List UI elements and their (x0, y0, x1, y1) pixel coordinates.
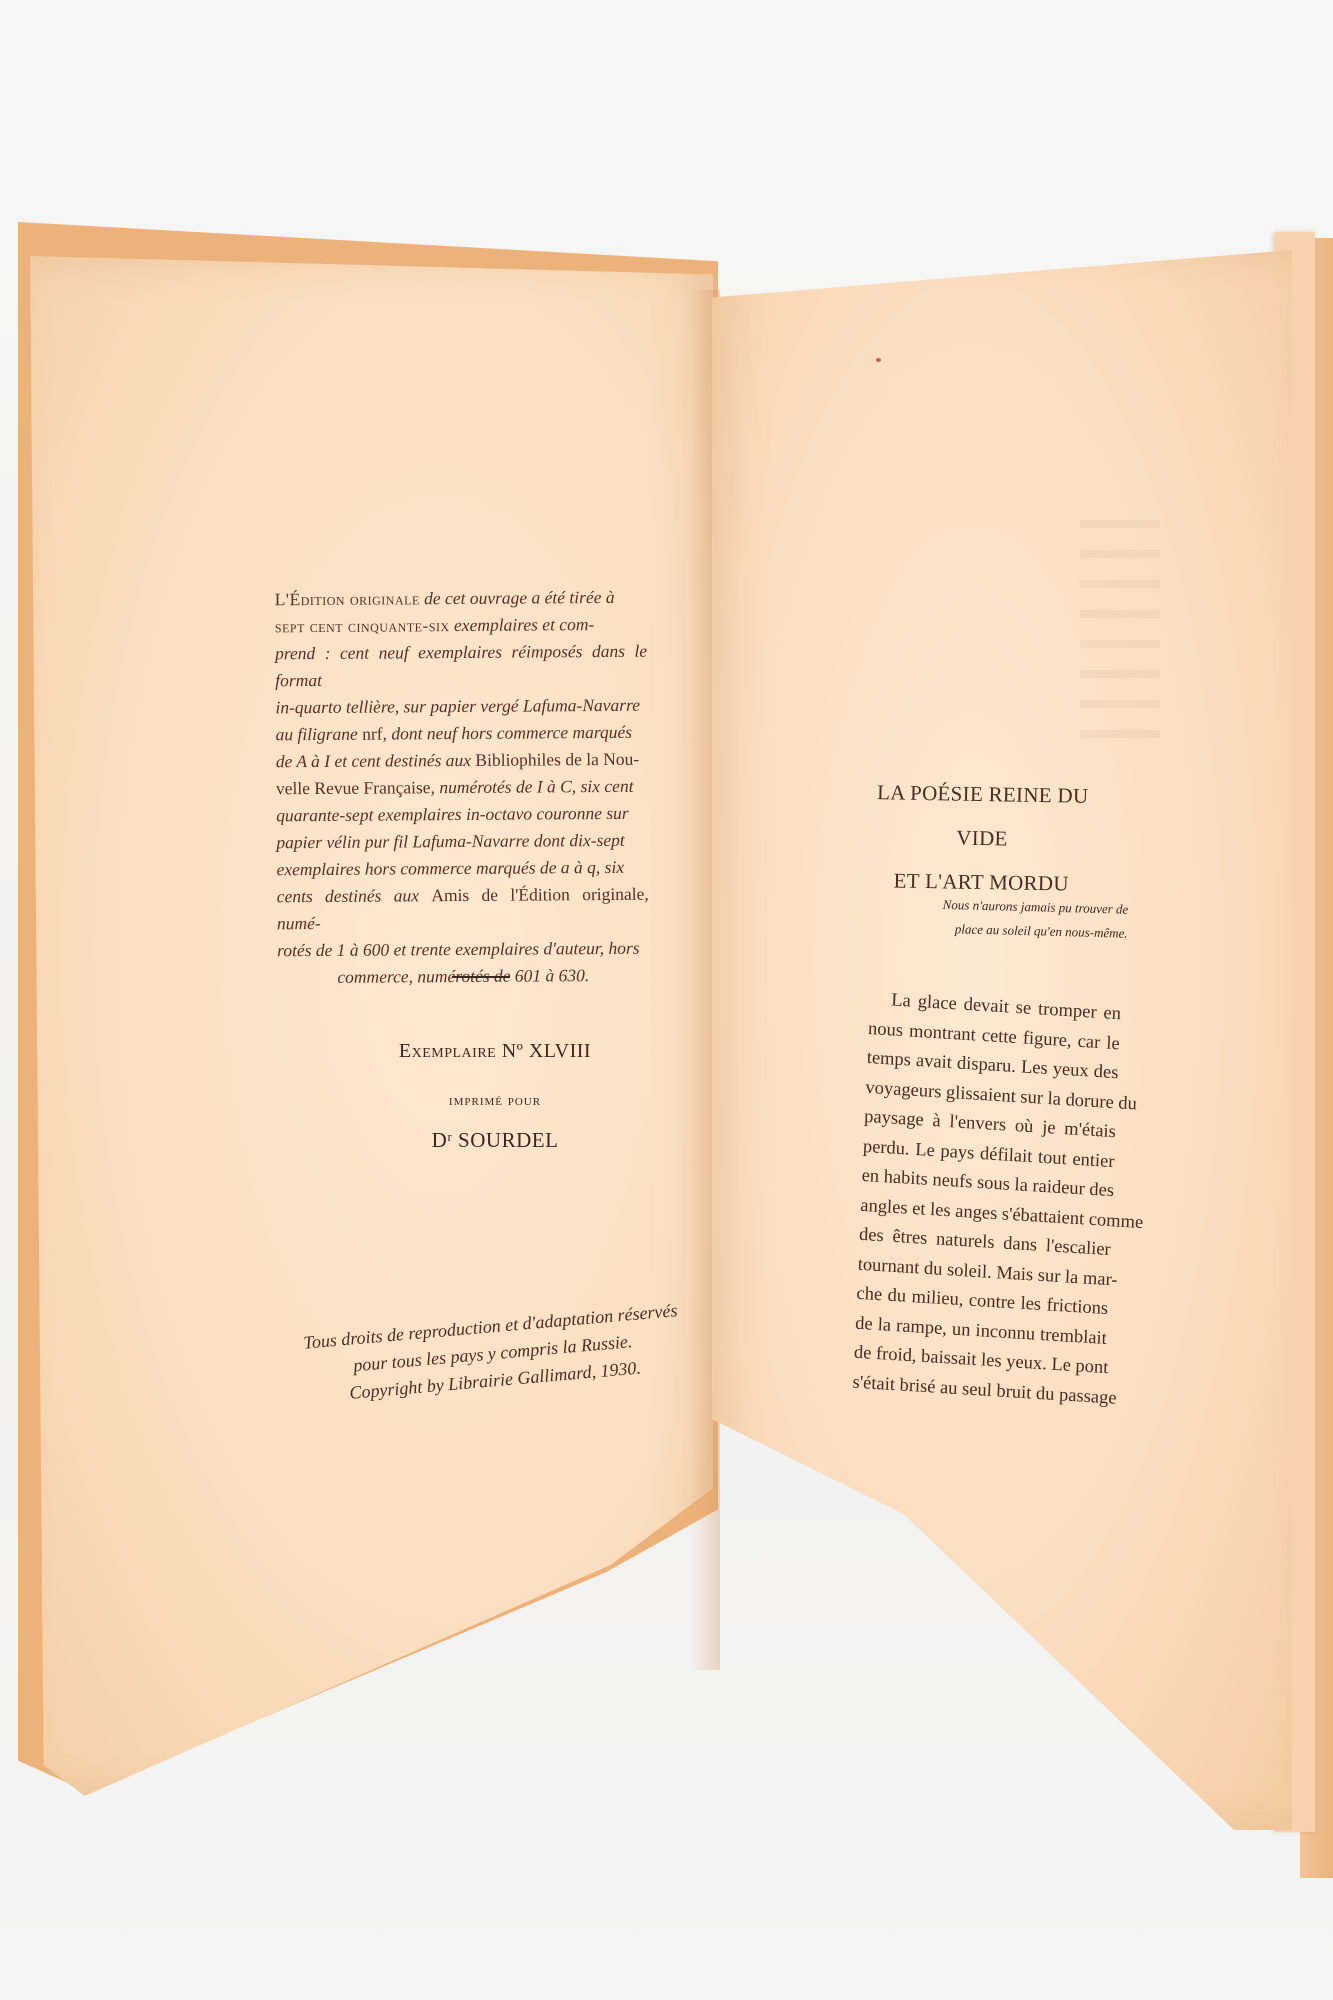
colophon-paragraph: L'Édition originale de cet ouvrage a été… (275, 584, 650, 992)
divider-rule (452, 976, 510, 978)
chapter-title: LA POÉSIE REINE DU VIDE ET L'ART MORDU (861, 770, 1103, 906)
body-paragraph: La glace devait se tromper en nous montr… (852, 985, 1122, 1413)
show-through-text (1080, 520, 1160, 750)
colophon-line: sept cent cinquante-six exemplaires et c… (275, 611, 647, 641)
colophon-line: exemplaires hors commerce marqués de a à… (276, 854, 648, 884)
left-page (30, 256, 713, 1796)
colophon-line: rotés de 1 à 600 et trente exemplaires d… (277, 935, 649, 965)
epigraph: Nous n'aurons jamais pu trouver de place… (919, 892, 1128, 945)
colophon-line: quarante-sept exemplaires in-octavo cour… (276, 800, 648, 830)
paper-speck (876, 358, 881, 362)
printed-for-label: imprimé pour (370, 1093, 620, 1110)
colophon-line: au filigrane nrf, dont neuf hors commerc… (276, 719, 648, 749)
colophon-line: de A à I et cent destinés aux Bibliophil… (276, 746, 648, 776)
book-photo: L'Édition originale de cet ouvrage a été… (0, 0, 1333, 2000)
copy-number: Exemplaire Nº XLVIII (370, 1040, 620, 1063)
recipient-name: Dʳ SOURDEL (370, 1128, 620, 1153)
colophon-line: cents destinés aux Amis de l'Édition ori… (277, 881, 649, 938)
colophon-line: papier vélin pur fil Lafuma-Navarre dont… (276, 827, 648, 857)
colophon-line: velle Revue Française, numérotés de I à … (276, 773, 648, 803)
colophon-line: L'Édition originale de cet ouvrage a été… (275, 584, 647, 614)
colophon-line: prend : cent neuf exemplaires réimposés … (275, 638, 647, 695)
colophon-line: in-quarto tellière, sur papier vergé Laf… (275, 692, 647, 722)
